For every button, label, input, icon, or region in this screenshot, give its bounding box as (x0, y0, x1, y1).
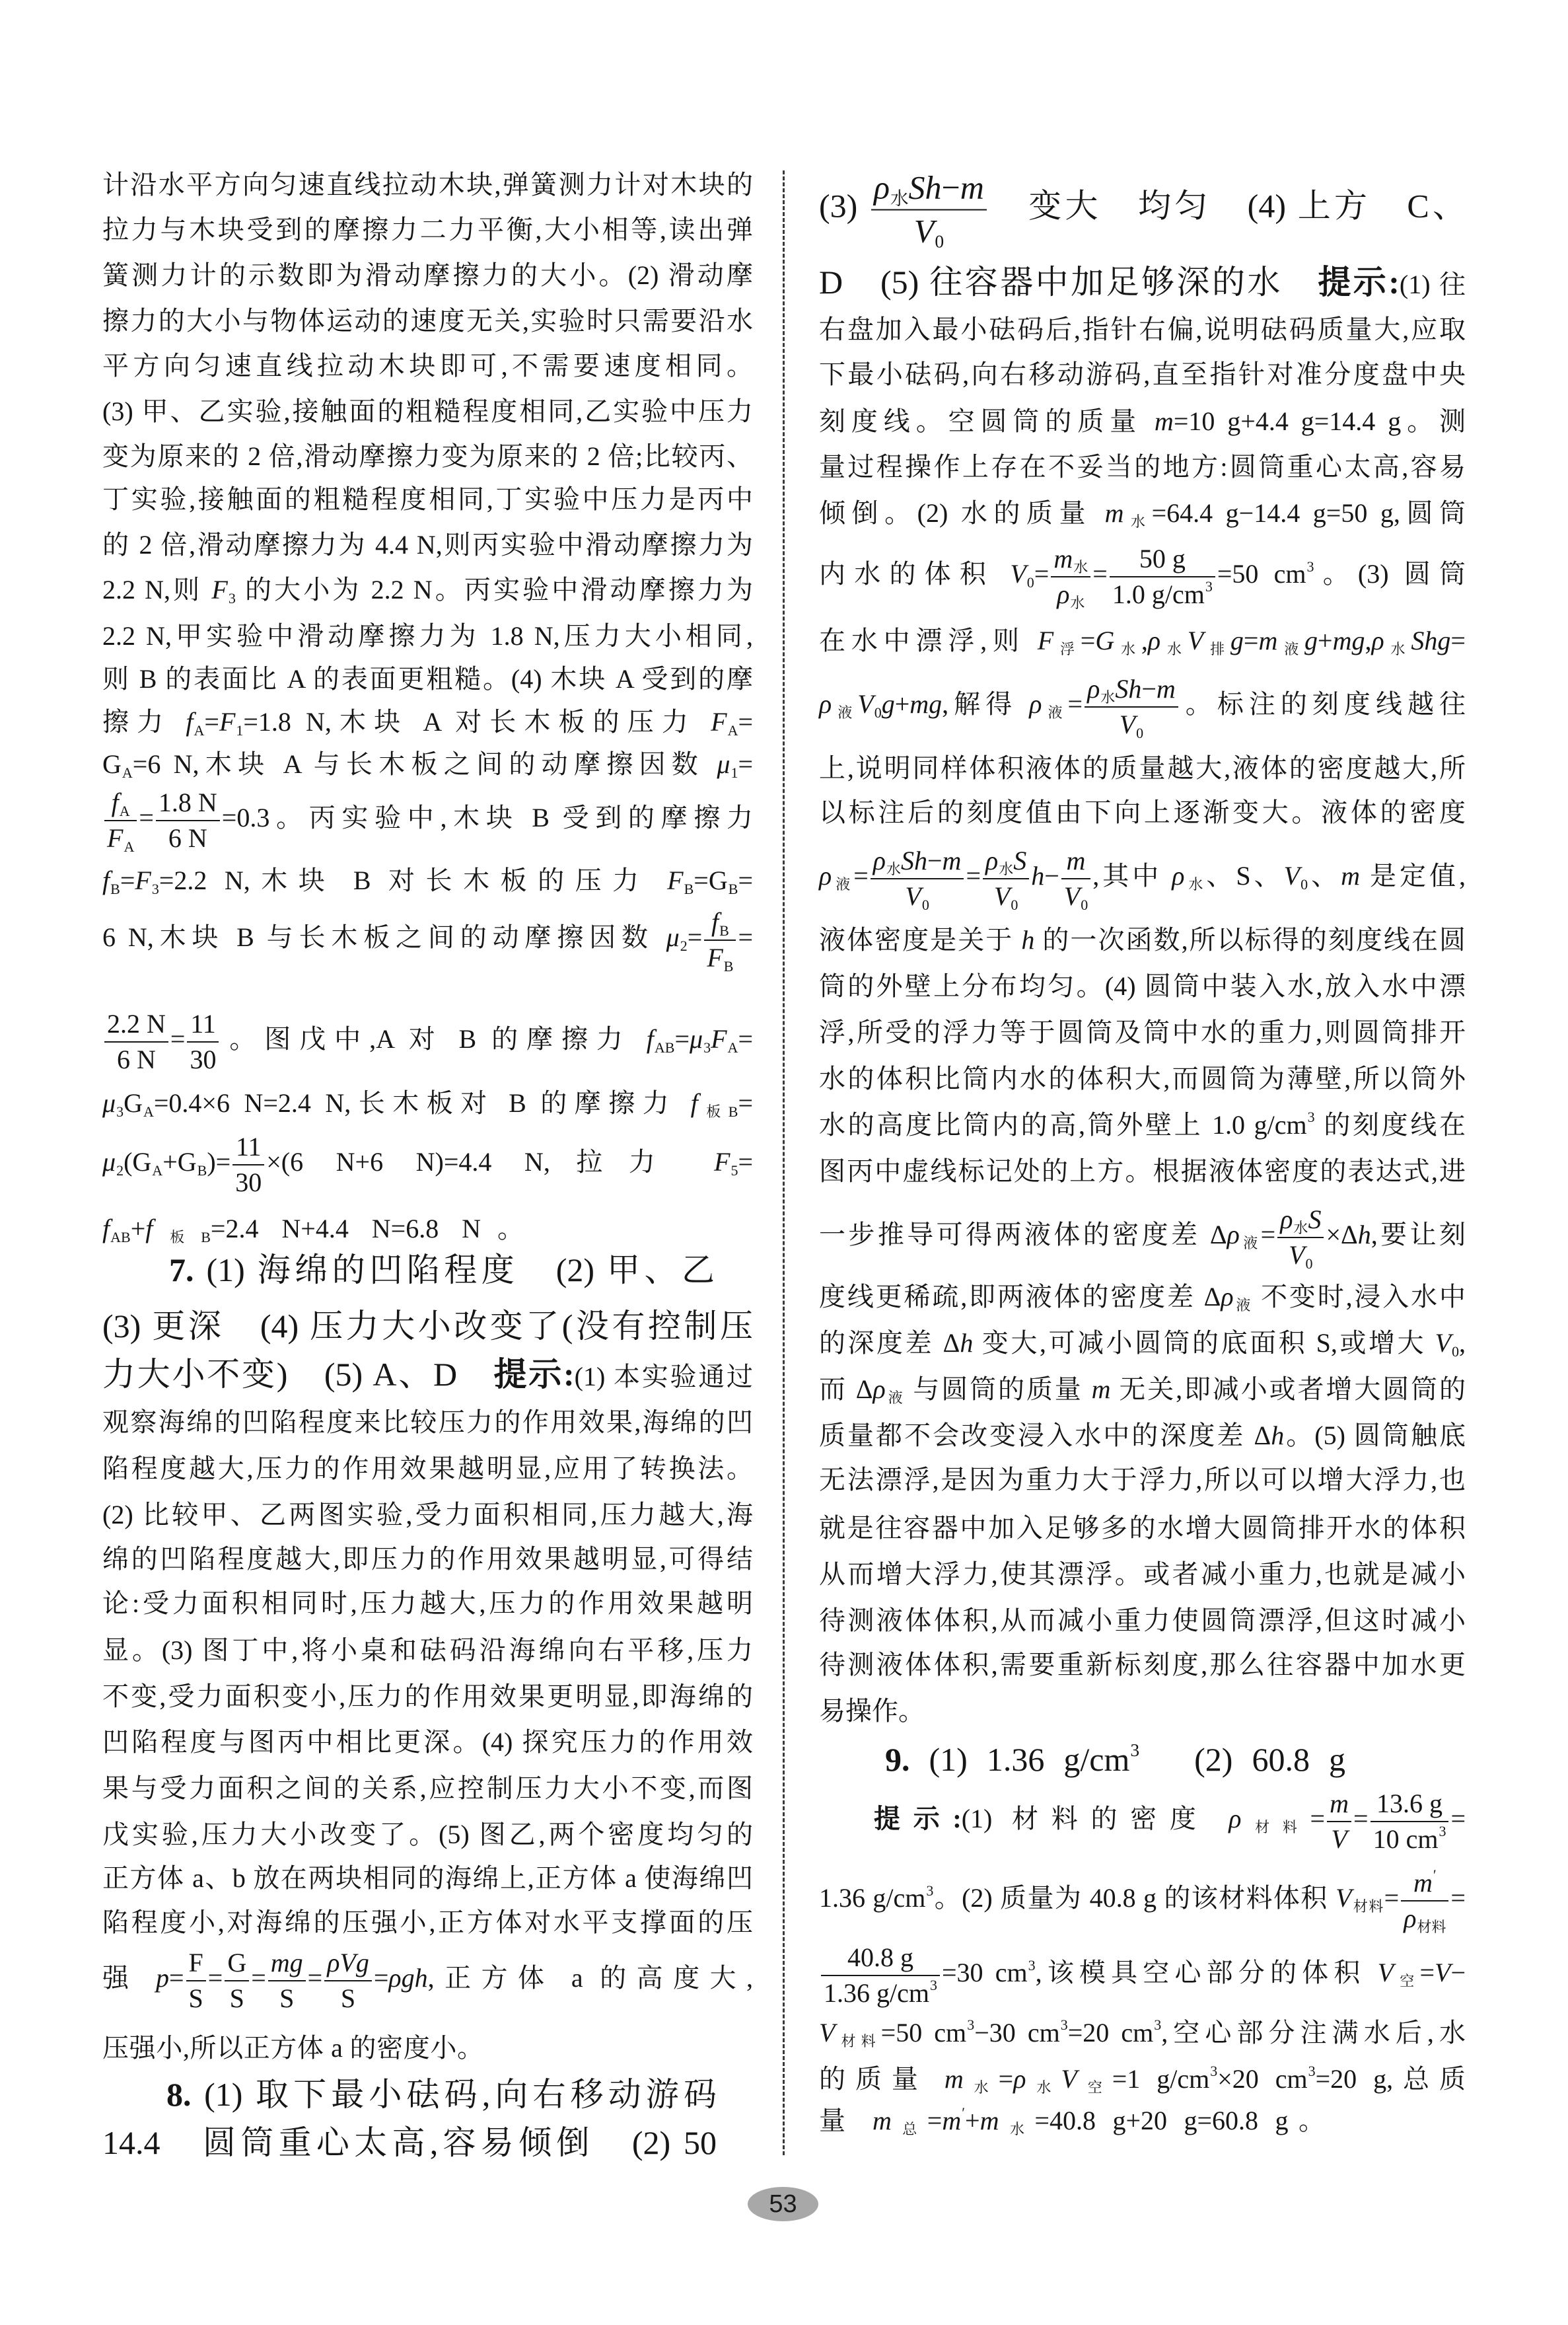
symbol-base: f (145, 1214, 153, 1243)
math-symbol: m水 (1053, 544, 1088, 573)
symbol-base: m (1258, 626, 1277, 655)
text-run: (3) (819, 187, 869, 224)
subscript: 水 (1070, 595, 1085, 611)
superscript: 3 (1308, 2063, 1316, 2079)
subscript: AB (655, 1039, 675, 1056)
subscript: 0 (1136, 725, 1143, 741)
subscript: 水 (1073, 559, 1088, 575)
symbol-base: mg (1333, 626, 1365, 655)
math-symbol: ρ水 (1172, 861, 1206, 891)
text-run: =40.8 g+20 g=60.8 g。 (1034, 2106, 1325, 2135)
text-run: 刻度线。空圆筒的质量 (819, 406, 1155, 436)
subscript: 材料 (1242, 1819, 1310, 1835)
subscript: 0 (1301, 876, 1308, 893)
text-line: 水的高度比筒内的高,筒外壁上 1.0 g/cm3 的刻度线在 (819, 1109, 1466, 1142)
text-run: 1.8 N (159, 788, 217, 817)
text-run: 。标注的刻度线越往 (1180, 689, 1466, 719)
text-line: 质量都不会改变浸入水中的深度差 Δh。(5) 圆筒触底 (819, 1419, 1466, 1452)
math-symbol: μ2 (102, 1147, 124, 1177)
fraction-denominator: 1.0 g/cm3 (1110, 577, 1215, 610)
text-line: 正方体 a、b 放在两块相同的海绵上,正方体 a 使海绵凹 (102, 1862, 753, 1895)
text-run: − (1044, 861, 1059, 891)
text-run: )= (207, 1147, 231, 1177)
subscript: B (729, 881, 738, 897)
fraction-denominator: V0 (1061, 879, 1090, 912)
math-symbol: F3 (211, 575, 235, 605)
superscript: 3 (1210, 2063, 1217, 2079)
text-run: =1.8 N,木块 A 对长木板的压力 (243, 707, 711, 737)
formula-line: 1.36 g/cm3。(2) 质量为 40.8 g 的该材料体积 V材料=m′ρ… (819, 1868, 1466, 1934)
symbol-base: f (186, 707, 193, 737)
math-symbol: GB (178, 1147, 207, 1177)
text-run: = (738, 1147, 753, 1177)
text-run: , (1365, 626, 1371, 655)
text-run: 10 cm (1373, 1824, 1439, 1854)
math-symbol: V0 (914, 212, 944, 249)
text-run: 力大小不变) (5) A、D (102, 1356, 494, 1393)
fraction-denominator: 6 N (104, 1043, 168, 1075)
subscript: AB (110, 1229, 131, 1245)
math-symbol: V材料 (819, 2018, 881, 2048)
superscript: 3 (1308, 1109, 1315, 1125)
symbol-base: V (1435, 1958, 1450, 1987)
symbol-base: ρ (1057, 579, 1069, 609)
math-symbol: GB (709, 866, 738, 895)
math-symbol: m (1067, 846, 1086, 875)
text-run: ,要让刻 (1371, 1220, 1466, 1249)
answer-line-q9: 9. (1) 1.36 g/cm3 (2) 60.8 g (885, 1739, 1345, 1781)
text-run: (1) 1.36 g/cm (910, 1741, 1130, 1778)
text-run: 一步推导可得两液体的密度差 Δ (819, 1220, 1227, 1249)
text-run: 2.2 N,则 (102, 575, 211, 605)
math-symbol: p (156, 1963, 169, 1993)
math-symbol: V空 (1378, 1958, 1420, 1987)
subscript: 水 (1100, 689, 1115, 706)
symbol-base: f (711, 907, 719, 937)
text-run: 水的高度比筒内的高,筒外壁上 1.0 g/cm (819, 1110, 1307, 1140)
subscript: A (152, 1162, 162, 1179)
text-run: = (738, 1088, 753, 1118)
symbol-base: V (1010, 559, 1026, 589)
bold-label: 8. (166, 2076, 192, 2113)
fraction-denominator: ρ水 (1051, 577, 1090, 610)
text-run: = (1419, 1958, 1435, 1987)
text-run: =20 g,总质 (1316, 2064, 1466, 2094)
fraction-denominator: V0 (871, 879, 964, 912)
subscript: A (124, 838, 134, 855)
subscript: A (120, 803, 130, 819)
fraction-numerator: 2.2 N (104, 1009, 168, 1043)
math-symbol: ρ液 (819, 861, 853, 891)
text-run: = (674, 1024, 690, 1054)
text-run: 的刻度线在 (1315, 1110, 1466, 1140)
fraction-numerator: F (186, 1948, 206, 1981)
formula-line: 提示:(1) 材料的密度 ρ材料=mV=13.6 g10 cm3= (874, 1789, 1466, 1855)
subscript: 水 (1124, 513, 1151, 530)
symbol-base: V (1188, 626, 1203, 655)
text-line: 论:受力面积相同时,压力越大,压力的作用效果越明 (102, 1587, 753, 1620)
text-run: = (1244, 626, 1259, 655)
text-run: + (162, 1147, 178, 1177)
symbol-base: m (1413, 1868, 1433, 1898)
formula-line: 2.2 N6 N=1130。图戊中,A 对 B 的摩擦力 fAB=μ3FA= (102, 1009, 753, 1075)
superscript: ′ (962, 2104, 965, 2121)
symbol-base: ρ (1280, 1204, 1293, 1234)
fraction-denominator: S (268, 1981, 306, 2014)
math-symbol: GA (132, 1147, 162, 1177)
subscript: 0 (1081, 897, 1088, 913)
fraction: 13.6 g10 cm3 (1371, 1789, 1449, 1855)
subscript: 水 (1293, 1220, 1308, 1236)
subscript: 液 (832, 876, 853, 893)
subscript: 水 (1161, 641, 1188, 657)
text-line: 簧测力计的示数即为滑动摩擦力的大小。(2) 滑动摩 (102, 259, 753, 292)
math-symbol: V0 (1010, 559, 1034, 589)
hint-text: (1) 本实验通过 (575, 1362, 753, 1391)
formula-line: 的质量 m水=ρ水V空=1 g/cm3×20 cm3=20 g,总质 (819, 2063, 1466, 2096)
text-line: 右盘加入最小砝码后,指针右偏,说明砝码质量大,应取 (819, 313, 1466, 346)
fraction: fBFB (704, 907, 736, 973)
text-run: 不变时,浸入水中 (1252, 1282, 1466, 1311)
text-line: 易操作。 (819, 1695, 1466, 1728)
fraction-numerator: ρ水Sh−m (871, 169, 987, 211)
math-symbol: m (1157, 674, 1176, 704)
symbol-base: V (1064, 881, 1080, 911)
fraction-denominator: FA (104, 821, 137, 854)
text-run: (1) 取下最小砝码,向右移动游码 (192, 2076, 717, 2113)
text-run: (1) 材料的密度 (962, 1804, 1229, 1833)
symbol-base: ρ (1029, 689, 1042, 719)
superscript: 3 (1439, 1823, 1446, 1839)
symbol-base: m (873, 2106, 892, 2135)
text-run: 、S、 (1206, 861, 1283, 891)
text-line: 的深度差 Δh 变大,可减小圆筒的底面积 S,或增大 V0, (819, 1327, 1466, 1360)
math-symbol: h (960, 1328, 973, 1358)
math-symbol: GA (124, 1088, 154, 1118)
fraction: 40.8 g1.36 g/cm3 (821, 1942, 940, 2009)
math-symbol: f板B (145, 1214, 211, 1243)
math-symbol: m (1092, 1374, 1111, 1404)
math-symbol: Sh (909, 169, 942, 206)
fraction: 50 g1.0 g/cm3 (1110, 544, 1215, 610)
text-run: =64.4 g−14.4 g=50 g,圆筒 (1152, 498, 1466, 528)
text-run: 无关,即减小或者增大圆筒的 (1110, 1374, 1466, 1404)
fraction-numerator: m (1327, 1789, 1351, 1822)
symbol-base: f (691, 1088, 698, 1118)
superscript: 3 (967, 2016, 974, 2033)
fraction-numerator: ρ水S (1277, 1204, 1324, 1238)
math-symbol: V0 (1284, 861, 1308, 891)
fraction: FS (186, 1948, 206, 2014)
symbol-base: m (1157, 674, 1176, 704)
subscript: 0 (1306, 1255, 1313, 1272)
math-symbol: V0 (1064, 881, 1088, 911)
subscript: 材料 (836, 2033, 880, 2049)
symbol-base: F (135, 866, 151, 895)
formula-line: 擦力 fA=F1=1.8 N,木块 A 对长木板的压力 FA= (102, 706, 753, 739)
symbol-base: mg (909, 689, 942, 719)
symbol-base: μ (102, 1147, 116, 1177)
math-symbol: ρ水 (874, 169, 909, 206)
math-symbol: μ2 (666, 922, 688, 952)
subscript: 水 (999, 861, 1013, 877)
symbol-base: ρ (874, 169, 890, 206)
symbol-base: g (1230, 626, 1244, 655)
text-run: 。(2) 质量为 40.8 g 的该材料体积 (933, 1883, 1336, 1913)
text-run: ×(6 N+6 N)=4.4 N,拉力 (266, 1147, 714, 1177)
text-run: 擦力 (102, 707, 186, 737)
fraction-denominator: 6 N (156, 821, 220, 854)
bold-label: 9. (885, 1741, 910, 1778)
math-symbol: V排 (1188, 626, 1230, 655)
text-run: = (1450, 1804, 1466, 1833)
math-symbol: FB (707, 943, 733, 973)
text-run: = (1450, 1883, 1466, 1913)
subscript: 3 (703, 1039, 711, 1056)
text-run: 6 N,木块 B 与长木板之间的动摩擦因数 (102, 922, 666, 952)
math-symbol: V (1331, 1824, 1347, 1854)
subscript: 5 (731, 1162, 738, 1179)
math-symbol: h (1031, 861, 1044, 891)
subscript: A (122, 764, 133, 781)
symbol-base: V (1289, 1240, 1304, 1270)
symbol-base: m (1155, 406, 1174, 436)
math-symbol: g (1304, 626, 1318, 655)
symbol-base: f (647, 1024, 654, 1054)
math-symbol: ρ水 (873, 846, 901, 875)
answer-line-q8: (3) ρ水Sh−mV0 变大 均匀 (4) 上方 C、 (819, 169, 1466, 250)
page-number-badge: 53 (748, 2187, 818, 2221)
fraction-numerator: 13.6 g (1371, 1789, 1449, 1822)
text-run: 11 (190, 1009, 216, 1039)
fraction: ρ水Sh−mV0 (871, 169, 987, 250)
fraction-denominator: 10 cm3 (1371, 1822, 1449, 1855)
symbol-base: V (1378, 1958, 1394, 1987)
symbol-base: G (132, 1147, 151, 1177)
symbol-base: ρ (1172, 861, 1184, 891)
formula-line: V材料=50 cm3−30 cm3=20 cm3,空心部分注满水后,水 (819, 2016, 1466, 2049)
formula-line: 量 m总=m′+m水=40.8 g+20 g=60.8 g。 (819, 2104, 1325, 2137)
text-run: =1 g/cm (1112, 2064, 1210, 2094)
text-run: ,正方体 a 的高度大, (428, 1963, 753, 1993)
text-run: , (1141, 626, 1148, 655)
fraction: ρ水SV0 (983, 846, 1029, 912)
text-run: 6 N (168, 823, 207, 853)
math-symbol: V0 (1435, 1328, 1459, 1358)
subscript: 材料 (1417, 1919, 1446, 1935)
fraction-denominator: 30 (232, 1165, 264, 1198)
text-run: 变大 均匀 (4) 上方 C、 (989, 187, 1466, 224)
text-run: D (5) 往容器中加足够深的水 (819, 264, 1318, 301)
symbol-base: V (857, 689, 873, 719)
text-run: S (230, 1983, 244, 2013)
text-run: + (1318, 626, 1333, 655)
math-symbol: V0 (1120, 710, 1143, 739)
fraction-denominator: V0 (983, 879, 1029, 912)
text-run: 13.6 g (1376, 1789, 1443, 1818)
text-line: 浮,所受的浮力等于圆筒及筒中水的重力,则圆筒排开 (819, 1016, 1466, 1049)
math-symbol: m (1341, 861, 1360, 891)
fraction: 2.2 N6 N (104, 1009, 168, 1075)
symbol-base: ρ (819, 689, 832, 719)
subscript: 水 (1385, 641, 1411, 657)
text-line: 绵的凹陷程度越大,即压力的作用效果越明显,可得结 (102, 1543, 753, 1576)
symbol-base: μ (690, 1024, 703, 1054)
symbol-base: m (942, 2106, 961, 2135)
text-run: = (738, 749, 753, 779)
fraction-numerator: m′ (1401, 1868, 1448, 1901)
text-run: 的深度差 Δ (819, 1328, 960, 1358)
symbol-base: Sh (1115, 674, 1141, 704)
math-symbol: Sh (1115, 674, 1141, 704)
text-line: 显。(3) 图丁中,将小桌和砝码沿海绵向右平移,压力 (102, 1634, 753, 1667)
subscript: 2 (680, 938, 688, 954)
text-line: 待测液体体积,需要重新标刻度,那么往容器中加水更 (819, 1648, 1466, 1681)
answer-line-q8: 8. (1) 取下最小砝码,向右移动游码 (166, 2074, 717, 2116)
subscript: 液 (1234, 1297, 1253, 1313)
subscript: 3 (152, 881, 159, 897)
text-run: = (208, 1963, 223, 1993)
math-symbol: ρ水 (1013, 2064, 1061, 2094)
text-run: = (169, 1963, 184, 1993)
math-symbol: m (943, 846, 962, 875)
fraction-denominator: 30 (187, 1043, 219, 1075)
math-symbol: g (1230, 626, 1244, 655)
text-line: 从而增大浮力,使其漂浮。或者减小重力,也就是减小 (819, 1558, 1466, 1591)
symbol-base: S (1013, 846, 1026, 875)
text-line: 变为原来的 2 倍,滑动摩擦力变为原来的 2 倍;比较丙、 (102, 440, 753, 473)
fraction-numerator: 40.8 g (821, 1942, 940, 1976)
math-symbol: h (1358, 1220, 1371, 1249)
math-symbol: m总 (873, 2106, 927, 2135)
text-run: 。(3) 圆筒 (1314, 559, 1466, 589)
symbol-base: F (667, 866, 683, 895)
symbol-base: V (1336, 1883, 1351, 1913)
subscript: 液 (832, 704, 857, 721)
symbol-base: G (124, 1088, 143, 1118)
math-symbol: h (1271, 1421, 1284, 1450)
math-symbol: FA (711, 1024, 738, 1054)
text-line: 就是往容器中加入足够多的水增大圆筒排开水的体积 (819, 1512, 1466, 1545)
fraction-numerator: 11 (187, 1009, 219, 1043)
subscript: 水 (999, 2121, 1034, 2137)
math-symbol: h (1021, 925, 1034, 955)
symbol-base: m (943, 846, 962, 875)
fraction-numerator: ρVg (324, 1948, 372, 1981)
answer-line-q7: 力大小不变) (5) A、D 提示:(1) 本实验通过 (102, 1354, 753, 1395)
symbol-base: V (819, 2018, 835, 2048)
text-run: = (374, 1963, 389, 1993)
fraction: 1130 (232, 1132, 264, 1198)
text-run: = (1081, 626, 1096, 655)
math-symbol: GA (102, 749, 133, 779)
subscript: 液 (1240, 1235, 1261, 1251)
math-symbol: ρ水 (1371, 626, 1411, 655)
formula-line: ρ液V0g+mg,解得 ρ液=ρ水Sh−mV0。标注的刻度线越往 (819, 674, 1466, 740)
text-run: 液体密度是关于 (819, 925, 1021, 955)
symbol-base: h (1021, 925, 1034, 955)
subscript: A (728, 1039, 738, 1056)
bold-label: 提示: (1318, 264, 1400, 301)
text-line: 而 Δρ液 与圆筒的质量 m 无关,即减小或者增大圆筒的 (819, 1373, 1466, 1406)
superscript: 3 (930, 1977, 937, 1993)
superscript: 3 (1028, 1957, 1036, 1974)
math-symbol: m水 (1105, 498, 1152, 528)
superscript: 3 (1205, 578, 1213, 595)
subscript: 板B (153, 1229, 211, 1245)
fraction-denominator: V0 (871, 210, 987, 250)
text-run: = (688, 922, 703, 952)
bold-label: 提示: (874, 1804, 962, 1833)
hint-text: (1) 往 (1400, 270, 1466, 299)
subscript: B (110, 881, 120, 897)
symbol-base: m (1092, 1374, 1111, 1404)
symbol-base: m (960, 169, 984, 206)
math-symbol: m (960, 169, 984, 206)
fraction: ρ水Sh−mV0 (1085, 674, 1178, 740)
text-run: S (189, 1983, 203, 2013)
fraction: m水ρ水 (1051, 544, 1090, 610)
text-run: =50 cm (881, 2018, 967, 2048)
text-run: 30 (190, 1045, 216, 1074)
symbol-base: Sh (901, 846, 927, 875)
math-symbol: ρ水 (985, 846, 1013, 875)
fraction: mV0 (1061, 846, 1090, 912)
subscript: 1 (731, 764, 738, 781)
symbol-base: ρ (1371, 626, 1384, 655)
text-run: = (1353, 1804, 1369, 1833)
text-run: 是定值, (1360, 861, 1466, 891)
text-run: = (204, 707, 219, 737)
text-run: 强 (102, 1963, 156, 1993)
symbol-base: ρ (1087, 674, 1100, 704)
text-run: − (927, 846, 943, 875)
fraction: 1130 (187, 1009, 219, 1075)
symbol-base: g (1304, 626, 1318, 655)
text-line: 陷程度小,对海绵的压强小,正方体对水平支撑面的压 (102, 1906, 753, 1939)
subscript: 材料 (1353, 1898, 1384, 1915)
subscript: B (724, 958, 734, 975)
text-line: 果与受力面积之间的关系,应控制压力大小不变,而图 (102, 1772, 753, 1805)
text-run: 1.0 g/cm (1112, 579, 1205, 609)
text-run: = (1034, 559, 1050, 589)
math-symbol: m水 (980, 2106, 1035, 2135)
subscript: 水 (1115, 641, 1141, 657)
text-line: 液体密度是关于 h 的一次函数,所以标得的刻度线在圆 (819, 924, 1466, 957)
text-run: S (279, 1983, 294, 2013)
text-run: = (927, 2106, 943, 2135)
symbol-base: V (994, 881, 1010, 911)
math-symbol: m水 (944, 2064, 999, 2094)
symbol-base: m (944, 2064, 964, 2094)
formula-line: 倾倒。(2) 水的质量 m水=64.4 g−14.4 g=50 g,圆筒 (819, 497, 1466, 530)
symbol-base: ρ (1013, 2064, 1026, 2094)
superscript: 3 (1154, 2016, 1161, 2033)
text-run: 量 (819, 2106, 873, 2135)
symbol-base: F (711, 1024, 727, 1054)
formula-line: fB=F3=2.2 N,木块 B 对长木板的压力 FB=GB= (102, 864, 753, 897)
math-symbol: V0 (1289, 1240, 1312, 1270)
math-symbol: fAB (647, 1024, 675, 1054)
math-symbol: V0 (905, 881, 929, 911)
math-symbol: F5 (714, 1147, 738, 1177)
text-run: ( (124, 1147, 132, 1177)
math-symbol: mg (909, 689, 942, 719)
text-run: ×Δ (1326, 1220, 1357, 1249)
fraction-denominator: V0 (1277, 1238, 1324, 1271)
text-line: 丁实验,接触面的粗糙程度相同,丁实验中压力是丙中 (102, 483, 753, 516)
text-line: 下最小砝码,向右移动游码,直至指针对准分度盘中央 (819, 358, 1466, 391)
